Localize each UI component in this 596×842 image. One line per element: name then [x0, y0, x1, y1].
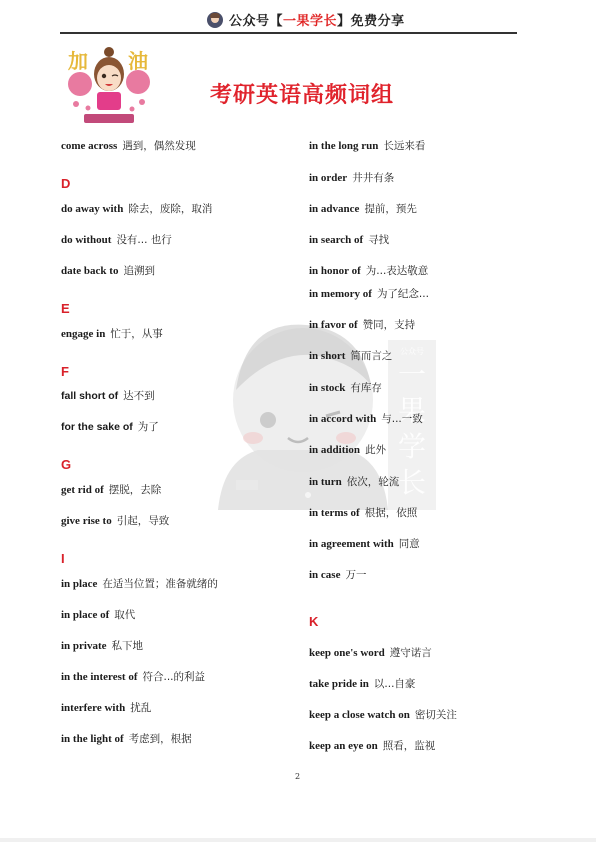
banner-bracket-open: 【	[270, 14, 284, 29]
phrase-english: keep an eye on	[309, 740, 378, 752]
phrase-entry: fall short of达不到	[61, 388, 155, 403]
phrase-chinese: 私下地	[112, 640, 144, 652]
phrase-entry: keep an eye on照看，监视	[309, 738, 435, 753]
phrase-chinese: 根据，依照	[365, 507, 418, 519]
phrase-chinese: 提前，预先	[364, 203, 417, 215]
banner-bracket-close: 】	[337, 14, 351, 29]
phrase-entry: interfere with扰乱	[61, 700, 151, 715]
phrase-chinese: 没有... 也行	[116, 234, 171, 246]
phrase-entry: in the long run长远来看	[309, 138, 425, 153]
phrase-entry: in terms of根据，依照	[309, 505, 417, 520]
phrase-english: in order	[309, 172, 347, 184]
phrase-english: keep one's word	[309, 647, 385, 659]
phrase-english: in the interest of	[61, 671, 137, 683]
phrase-entry: keep one's word遵守诺言	[309, 645, 432, 660]
phrase-english: in agreement with	[309, 538, 394, 550]
phrase-english: in addition	[309, 444, 360, 456]
phrase-entry: do without没有... 也行	[61, 232, 172, 247]
phrase-english: give rise to	[61, 515, 112, 527]
phrase-entry: in advance提前，预先	[309, 201, 417, 216]
phrase-english: in search of	[309, 234, 363, 246]
phrase-chinese: 遵守诺言	[390, 647, 432, 659]
phrase-entry: in the interest of符合...的利益	[61, 669, 205, 684]
phrase-chinese: 赞同，支持	[363, 319, 416, 331]
letter-heading-i: I	[61, 551, 65, 566]
phrase-entry: do away with除去，废除，取消	[61, 201, 212, 216]
phrase-english: in short	[309, 350, 345, 362]
phrase-chinese: 达不到	[123, 390, 155, 402]
phrase-entry: in short简而言之	[309, 348, 392, 363]
phrase-entry: in agreement with同意	[309, 536, 420, 551]
phrase-english: come across	[61, 140, 117, 152]
phrase-english: in honor of	[309, 265, 361, 277]
top-banner: 公众号【一果学长】免费分享	[0, 0, 596, 34]
phrase-chinese: 遇到，偶然发现	[122, 140, 196, 152]
mascot-caption-left: 加	[68, 49, 88, 73]
phrase-entry: give rise to引起，导致	[61, 513, 169, 528]
cheerleader-mascot-icon: 加 油	[62, 42, 157, 132]
phrase-chinese: 同意	[399, 538, 420, 550]
phrase-chinese: 有库存	[350, 382, 382, 394]
letter-heading-k: K	[309, 614, 318, 629]
phrase-entry: in private私下地	[61, 638, 143, 653]
phrase-english: keep a close watch on	[309, 709, 410, 721]
phrase-entry: get rid of摆脱，去除	[61, 482, 161, 497]
letter-heading-d: D	[61, 176, 70, 191]
phrase-chinese: 在适当位置；准备就绪的	[102, 578, 218, 590]
watermark-strip-label: 公众号	[388, 346, 436, 357]
phrase-chinese: 简而言之	[350, 350, 392, 362]
phrase-chinese: 万一	[345, 569, 366, 581]
page-number: 2	[295, 772, 300, 781]
phrase-entry: in search of寻找	[309, 232, 389, 247]
letter-heading-e: E	[61, 301, 70, 316]
letter-heading-g: G	[61, 457, 71, 472]
phrase-english: in accord with	[309, 413, 376, 425]
phrase-english: interfere with	[61, 702, 125, 714]
phrase-entry: in order井井有条	[309, 170, 394, 185]
phrase-english: in turn	[309, 476, 342, 488]
phrase-chinese: 与...一致	[381, 413, 423, 425]
avatar-icon	[207, 12, 223, 28]
banner-text: 公众号【一果学长】免费分享	[229, 10, 405, 29]
phrase-english: fall short of	[61, 390, 118, 402]
bottom-edge	[0, 838, 596, 842]
phrase-chinese: 引起，导致	[117, 515, 170, 527]
phrase-english: get rid of	[61, 484, 104, 496]
phrase-chinese: 井井有条	[352, 172, 394, 184]
phrase-entry: in case万一	[309, 567, 366, 582]
phrase-entry: in stock有库存	[309, 380, 382, 395]
banner-divider	[60, 32, 517, 34]
phrase-entry: come across遇到，偶然发现	[61, 138, 196, 153]
phrase-entry: engage in忙于，从事	[61, 326, 163, 341]
banner-content: 公众号【一果学长】免费分享	[207, 10, 405, 29]
phrase-chinese: 寻找	[368, 234, 389, 246]
phrase-chinese: 摆脱，去除	[109, 484, 162, 496]
letter-heading-f: F	[61, 364, 69, 379]
phrase-english: in memory of	[309, 288, 372, 300]
phrase-entry: for the sake of为了	[61, 419, 159, 434]
phrase-chinese: 照看，监视	[383, 740, 436, 752]
phrase-english: take pride in	[309, 678, 369, 690]
phrase-english: in stock	[309, 382, 345, 394]
watermark-char: 学	[388, 429, 436, 465]
phrase-english: in private	[61, 640, 107, 652]
phrase-entry: take pride in以...自豪	[309, 676, 415, 691]
phrase-chinese: 为了纪念...	[377, 288, 429, 300]
phrase-entry: in place在适当位置；准备就绪的	[61, 576, 218, 591]
phrase-english: engage in	[61, 328, 105, 340]
phrase-chinese: 符合...的利益	[142, 671, 205, 683]
phrase-english: in the long run	[309, 140, 378, 152]
phrase-entry: in accord with与...一致	[309, 411, 423, 426]
document-title: 考研英语高频词组	[210, 78, 394, 109]
phrase-entry: in memory of为了纪念...	[309, 286, 429, 301]
phrase-chinese: 忙于，从事	[110, 328, 163, 340]
watermark-char: 一	[388, 357, 436, 393]
phrase-english: in place	[61, 578, 97, 590]
phrase-entry: date back to追溯到	[61, 263, 155, 278]
phrase-entry: keep a close watch on密切关注	[309, 707, 457, 722]
phrase-entry: in addition此外	[309, 442, 386, 457]
phrase-english: in advance	[309, 203, 359, 215]
phrase-entry: in place of取代	[61, 607, 135, 622]
phrase-chinese: 追溯到	[123, 265, 155, 277]
phrase-chinese: 为了	[138, 421, 159, 433]
phrase-english: do without	[61, 234, 111, 246]
phrase-chinese: 取代	[114, 609, 135, 621]
phrase-chinese: 为...表达敬意	[366, 265, 429, 277]
phrase-chinese: 依次，轮流	[347, 476, 400, 488]
phrase-entry: in the light of考虑到，根据	[61, 731, 192, 746]
phrase-english: for the sake of	[61, 421, 133, 433]
phrase-english: in case	[309, 569, 340, 581]
phrase-english: in terms of	[309, 507, 360, 519]
phrase-entry: in turn依次，轮流	[309, 474, 399, 489]
phrase-chinese: 此外	[365, 444, 386, 456]
phrase-english: in the light of	[61, 733, 124, 745]
phrase-chinese: 考虑到，根据	[129, 733, 192, 745]
phrase-english: in favor of	[309, 319, 358, 331]
phrase-chinese: 扰乱	[130, 702, 151, 714]
phrase-entry: in favor of赞同，支持	[309, 317, 415, 332]
mascot-caption-right: 油	[128, 49, 148, 73]
phrase-english: do away with	[61, 203, 123, 215]
banner-prefix: 公众号	[229, 14, 270, 29]
banner-suffix: 免费分享	[351, 14, 405, 29]
phrase-chinese: 长远来看	[383, 140, 425, 152]
phrase-chinese: 以...自豪	[374, 678, 416, 690]
banner-account-name: 一果学长	[283, 14, 337, 29]
phrase-chinese: 密切关注	[415, 709, 457, 721]
phrase-entry: in honor of为...表达敬意	[309, 263, 428, 278]
phrase-english: date back to	[61, 265, 118, 277]
phrase-chinese: 除去，废除，取消	[128, 203, 212, 215]
phrase-english: in place of	[61, 609, 109, 621]
